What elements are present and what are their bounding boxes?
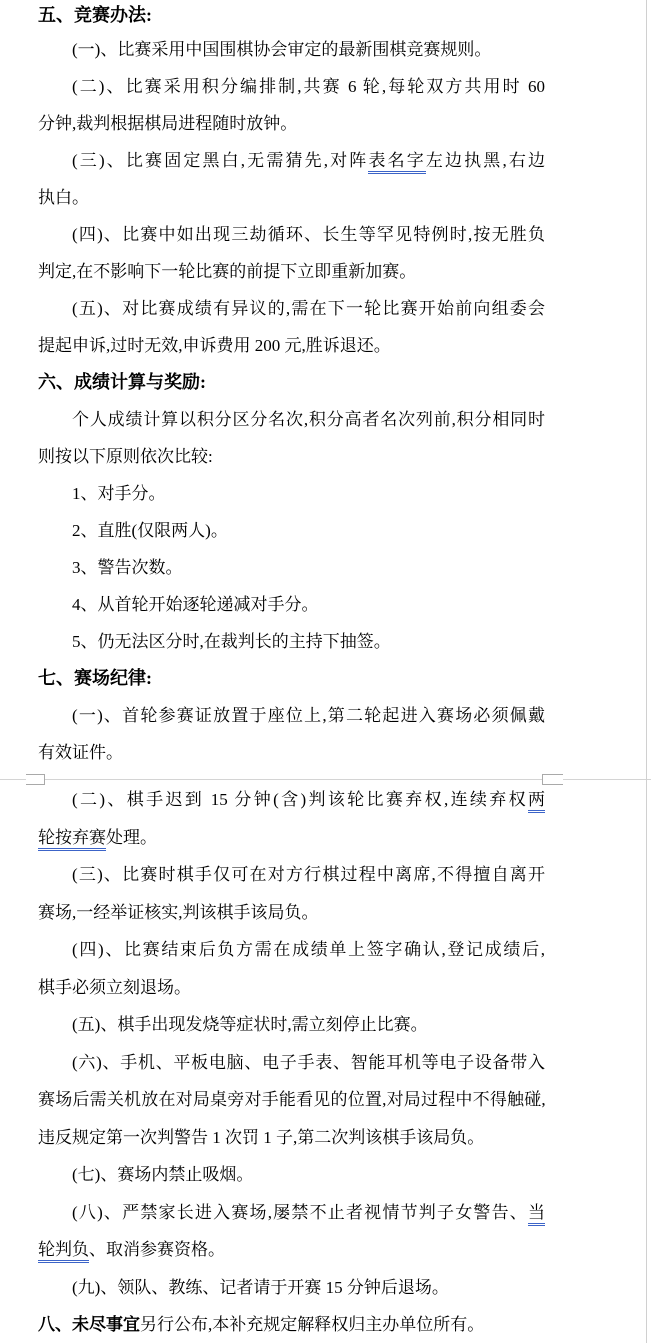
- text-run: (四)、比赛中如出现三劫循环、长生等罕见特例时,按无胜负: [72, 225, 545, 244]
- text-run: 分钟,裁判根据棋局进程随时放钟。: [38, 114, 297, 133]
- text-run: (四)、比赛结束后负方需在成绩单上签字确认,登记成绩后,: [72, 940, 545, 959]
- text-run: (三)、比赛固定黑白,无需猜先,对阵: [72, 151, 368, 170]
- text-line: (三)、比赛固定黑白,无需猜先,对阵表名字左边执黑,右边: [38, 142, 545, 179]
- text-run: (六)、手机、平板电脑、电子手表、智能耳机等电子设备带入: [72, 1053, 545, 1072]
- section-heading-line: 六、成绩计算与奖励:: [38, 364, 545, 401]
- text-line: 2、直胜(仅限两人)。: [38, 512, 545, 549]
- text-run: 则按以下原则依次比较:: [38, 447, 213, 466]
- text-line: (七)、赛场内禁止吸烟。: [38, 1156, 545, 1194]
- text-run: 、取消参赛资格。: [89, 1240, 225, 1259]
- grammar-underline-run: 轮按弃赛: [38, 828, 106, 851]
- section-heading-line: 七、赛场纪律:: [38, 660, 545, 697]
- text-line: 违反规定第一次判警告 1 次罚 1 子,第二次判该棋手该局负。: [38, 1119, 545, 1157]
- text-run: (二)、比赛采用积分编排制,共赛 6 轮,每轮双方共用时 60: [72, 77, 545, 96]
- text-run: 1、对手分。: [72, 484, 166, 503]
- text-line: (四)、比赛结束后负方需在成绩单上签字确认,登记成绩后,: [38, 931, 545, 969]
- bold-run: 八、未尽事宜: [38, 1315, 140, 1334]
- text-line: 八、未尽事宜另行公布,本补充规定解释权归主办单位所有。: [38, 1306, 545, 1343]
- grammar-underline-run: 两: [528, 790, 545, 813]
- text-line: 有效证件。: [38, 734, 545, 771]
- text-run: 赛场,一经举证核实,判该棋手该局负。: [38, 903, 319, 922]
- text-run: 3、警告次数。: [72, 558, 183, 577]
- text-line: (四)、比赛中如出现三劫循环、长生等罕见特例时,按无胜负: [38, 216, 545, 253]
- text-line: 则按以下原则依次比较:: [38, 438, 545, 475]
- text-line: (五)、棋手出现发烧等症状时,需立刻停止比赛。: [38, 1006, 545, 1044]
- text-line: (六)、手机、平板电脑、电子手表、智能耳机等电子设备带入: [38, 1044, 545, 1082]
- section-heading-line: 五、竞赛办法:: [38, 0, 545, 31]
- text-run: 判定,在不影响下一轮比赛的前提下立即重新加赛。: [38, 262, 416, 281]
- text-run: (一)、比赛采用中国围棋协会审定的最新围棋竞赛规则。: [72, 40, 491, 59]
- text-line: (二)、棋手迟到 15 分钟(含)判该轮比赛弃权,连续弃权两: [38, 781, 545, 819]
- text-run: 有效证件。: [38, 743, 123, 762]
- text-run: (九)、领队、教练、记者请于开赛 15 分钟后退场。: [72, 1278, 449, 1297]
- text-line: 执白。: [38, 179, 545, 216]
- text-run: 另行公布,本补充规定解释权归主办单位所有。: [140, 1315, 484, 1334]
- text-line: 1、对手分。: [38, 475, 545, 512]
- text-run: (三)、比赛时棋手仅可在对方行棋过程中离席,不得擅自离开: [72, 865, 545, 884]
- text-line: 轮按弃赛处理。: [38, 819, 545, 857]
- text-run: 提起申诉,过时无效,申诉费用 200 元,胜诉退还。: [38, 336, 391, 355]
- text-run: (七)、赛场内禁止吸烟。: [72, 1165, 253, 1184]
- text-line: (三)、比赛时棋手仅可在对方行棋过程中离席,不得擅自离开: [38, 856, 545, 894]
- text-run: 4、从首轮开始逐轮递减对手分。: [72, 595, 319, 614]
- text-line: 轮判负、取消参赛资格。: [38, 1231, 545, 1269]
- text-line: (九)、领队、教练、记者请于开赛 15 分钟后退场。: [38, 1269, 545, 1307]
- text-run: 左边执黑,右边: [426, 151, 545, 170]
- text-run: 处理。: [106, 828, 157, 847]
- grammar-underline-run: 当: [528, 1203, 545, 1226]
- document-page-2[interactable]: (二)、棋手迟到 15 分钟(含)判该轮比赛弃权,连续弃权两轮按弃赛处理。(三)…: [38, 781, 545, 1343]
- text-run: 2、直胜(仅限两人)。: [72, 521, 228, 540]
- document-page-1[interactable]: 五、竞赛办法:(一)、比赛采用中国围棋协会审定的最新围棋竞赛规则。(二)、比赛采…: [38, 0, 545, 771]
- text-line: 4、从首轮开始逐轮递减对手分。: [38, 586, 545, 623]
- text-line: 提起申诉,过时无效,申诉费用 200 元,胜诉退还。: [38, 327, 545, 364]
- text-run: 棋手必须立刻退场。: [38, 978, 191, 997]
- text-run: 赛场后需关机放在对局桌旁对手能看见的位置,对局过程中不得触碰,: [38, 1090, 545, 1109]
- bold-run: 七、赛场纪律:: [38, 668, 152, 688]
- bold-run: 五、竞赛办法:: [38, 5, 152, 25]
- text-line: 棋手必须立刻退场。: [38, 969, 545, 1007]
- text-run: (二)、棋手迟到 15 分钟(含)判该轮比赛弃权,连续弃权: [72, 790, 528, 809]
- text-run: (一)、首轮参赛证放置于座位上,第二轮起进入赛场必须佩戴: [72, 706, 545, 725]
- text-run: (八)、严禁家长进入赛场,屡禁不止者视情节判子女警告、: [72, 1203, 528, 1222]
- page-corner-mark-left: [26, 774, 45, 785]
- text-run: 违反规定第一次判警告 1 次罚 1 子,第二次判该棋手该局负。: [38, 1128, 484, 1147]
- text-line: 分钟,裁判根据棋局进程随时放钟。: [38, 105, 545, 142]
- page-right-edge: [646, 0, 647, 1343]
- text-run: (五)、棋手出现发烧等症状时,需立刻停止比赛。: [72, 1015, 428, 1034]
- text-line: (八)、严禁家长进入赛场,屡禁不止者视情节判子女警告、当: [38, 1194, 545, 1232]
- text-line: 判定,在不影响下一轮比赛的前提下立即重新加赛。: [38, 253, 545, 290]
- text-line: (五)、对比赛成绩有异议的,需在下一轮比赛开始前向组委会: [38, 290, 545, 327]
- text-line: (一)、首轮参赛证放置于座位上,第二轮起进入赛场必须佩戴: [38, 697, 545, 734]
- text-line: 3、警告次数。: [38, 549, 545, 586]
- text-line: 赛场后需关机放在对局桌旁对手能看见的位置,对局过程中不得触碰,: [38, 1081, 545, 1119]
- text-run: (五)、对比赛成绩有异议的,需在下一轮比赛开始前向组委会: [72, 299, 545, 318]
- grammar-underline-run: 表名字: [368, 151, 425, 174]
- text-line: (一)、比赛采用中国围棋协会审定的最新围棋竞赛规则。: [38, 31, 545, 68]
- text-run: 5、仍无法区分时,在裁判长的主持下抽签。: [72, 632, 391, 651]
- bold-run: 六、成绩计算与奖励:: [38, 372, 206, 392]
- text-line: 个人成绩计算以积分区分名次,积分高者名次列前,积分相同时: [38, 401, 545, 438]
- document-view: { "document": { "pages": [ { "top": 0, "…: [0, 0, 651, 1343]
- text-run: 执白。: [38, 188, 89, 207]
- grammar-underline-run: 轮判负: [38, 1240, 89, 1263]
- page-corner-mark-right: [542, 774, 563, 785]
- text-line: (二)、比赛采用积分编排制,共赛 6 轮,每轮双方共用时 60: [38, 68, 545, 105]
- text-line: 5、仍无法区分时,在裁判长的主持下抽签。: [38, 623, 545, 660]
- text-line: 赛场,一经举证核实,判该棋手该局负。: [38, 894, 545, 932]
- text-run: 个人成绩计算以积分区分名次,积分高者名次列前,积分相同时: [72, 410, 545, 429]
